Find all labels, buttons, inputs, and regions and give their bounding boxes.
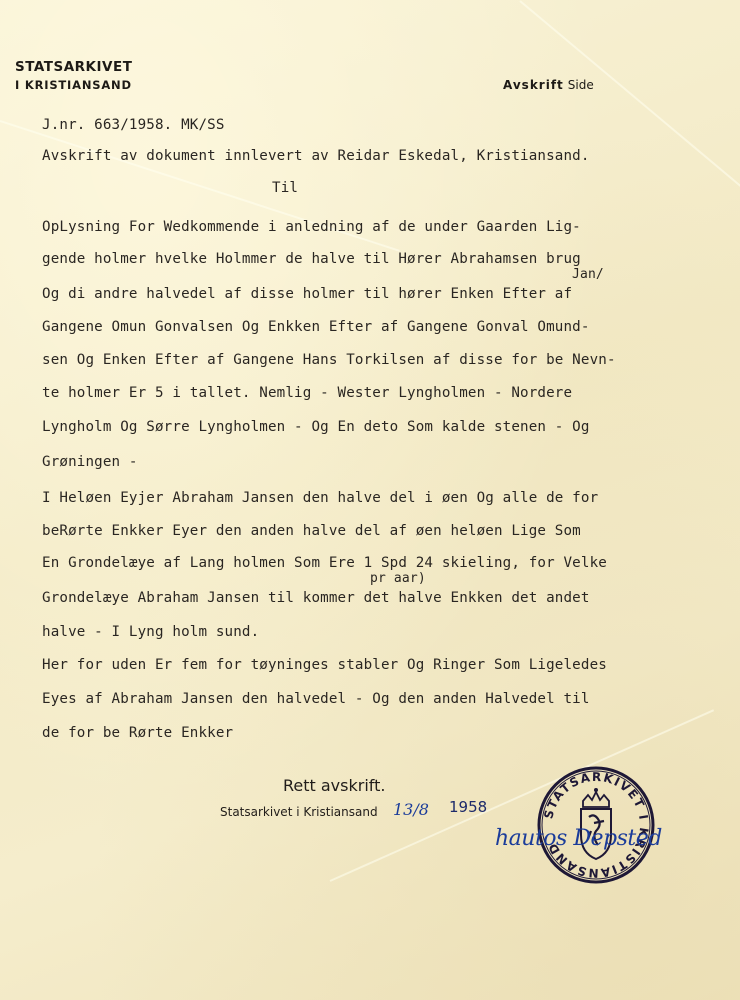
journal-reference: J.nr. 663/1958. MK/SS (42, 117, 225, 133)
certification-stamp-place: Statsarkivet i Kristiansand (220, 805, 378, 819)
interlinear-pr-aar: pr aar) (370, 571, 426, 586)
body-line: beRørte Enkker Eyer den anden halve del … (42, 523, 581, 539)
body-line: halve - I Lyng holm sund. (42, 624, 259, 640)
signature: hautos Depsted (495, 826, 662, 851)
body-line: Lyngholm Og Sørre Lyngholmen - Og En det… (42, 419, 590, 435)
letterhead-line-2: I KRISTIANSAND (15, 78, 132, 92)
body-line: te holmer Er 5 i tallet. Nemlig - Wester… (42, 385, 572, 401)
certification-stamp-title: Rett avskrift. (283, 776, 385, 795)
body-line: de for be Rørte Enkker (42, 725, 233, 741)
salutation: Til (272, 180, 298, 196)
body-line: Og di andre halvedel af disse holmer til… (42, 286, 572, 302)
body-line: sen Og Enken Efter af Gangene Hans Torki… (42, 352, 616, 368)
archive-seal-icon: STATSARKIVET I KRISTIANSAND (536, 765, 656, 885)
body-line: Grondelæye Abraham Jansen til kommer det… (42, 590, 590, 606)
body-line: Eyes af Abraham Jansen den halvedel - Og… (42, 691, 590, 707)
page-label: Side (568, 78, 594, 92)
body-line: gende holmer hvelke Holmmer de halve til… (42, 251, 581, 267)
body-line: En Grondelæye af Lang holmen Som Ere 1 S… (42, 555, 607, 571)
body-line: Her for uden Er fem for tøyninges stable… (42, 657, 607, 673)
body-line: I Heløen Eyjer Abraham Jansen den halve … (42, 490, 598, 506)
body-line: Gangene Omun Gonvalsen Og Enkken Efter a… (42, 319, 590, 335)
doc-type: Avskrift (503, 78, 564, 92)
letterhead-line-1: STATSARKIVET (15, 59, 132, 75)
date-year: 1958 (449, 798, 487, 816)
interlinear-jan: Jan/ (572, 267, 604, 282)
doc-type-label: AvskriftSide (503, 78, 594, 92)
body-line: OpLysning For Wedkommende i anledning af… (42, 219, 581, 235)
intro-line: Avskrift av dokument innlevert av Reidar… (42, 148, 590, 164)
handwritten-date: 13/8 (393, 800, 429, 819)
body-line: Grøningen - (42, 454, 138, 470)
